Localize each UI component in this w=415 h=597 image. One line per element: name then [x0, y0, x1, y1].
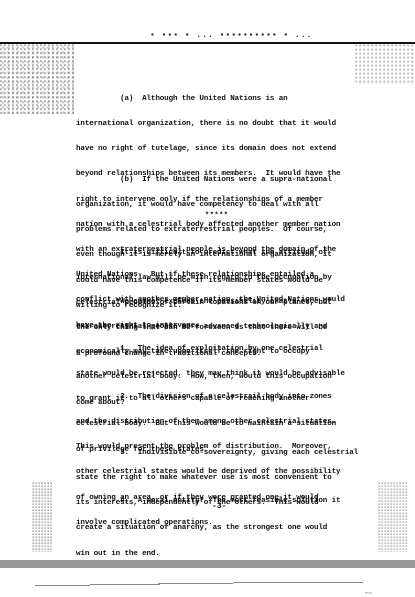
section-separator: ***** [205, 212, 229, 220]
text-line: 2. The division of a celestrail body int… [76, 393, 376, 401]
text-line: and the distribution of them among other… [76, 418, 376, 426]
text-line: It is difficult to predict what the atti… [76, 249, 376, 257]
text-line: have no right of tutelage, since its dom… [76, 145, 376, 153]
edge-line [233, 582, 363, 583]
text-line: win out in the end. [76, 550, 376, 558]
scan-noise [378, 482, 408, 552]
text-line: create a situation of anarchy, as the st… [76, 524, 376, 532]
text-line: (a) Although the United Nations is an [76, 95, 376, 103]
list-item-4: 4. A moral entity? The most feasible sol… [76, 480, 376, 522]
edge-line [90, 584, 160, 585]
text-line: 1. The idea of exploitation by one celes… [76, 345, 376, 353]
edge-line [158, 583, 233, 584]
corner-mark: ᴿᴼᴸᴬ [365, 591, 372, 596]
scan-noise [32, 482, 52, 552]
page-number: -3- [212, 502, 226, 511]
text-line: (b) If the United Nations were a supra-n… [76, 176, 376, 184]
header-smudge: ▪ ▪▪▪ ▪ ... ▪▪▪▪▪▪▪▪▪▪ ▪ ... [150, 31, 312, 40]
text-line: organization, it would have competency t… [76, 201, 376, 209]
next-page-edge [0, 568, 415, 597]
text-line: We cannot exclude the possibility that a… [76, 298, 376, 306]
text-line: 3. Indivisible co-sovereignty, giving ea… [76, 449, 376, 457]
document-page: ▪ ▪▪▪ ▪ ... ▪▪▪▪▪▪▪▪▪▪ ▪ ... (a) Althoug… [0, 0, 415, 562]
top-rule [0, 42, 415, 44]
text-line: international organization, there is no … [76, 120, 376, 128]
edge-line [35, 585, 90, 586]
page-divider-bar [0, 560, 415, 568]
scan-noise [0, 44, 75, 114]
